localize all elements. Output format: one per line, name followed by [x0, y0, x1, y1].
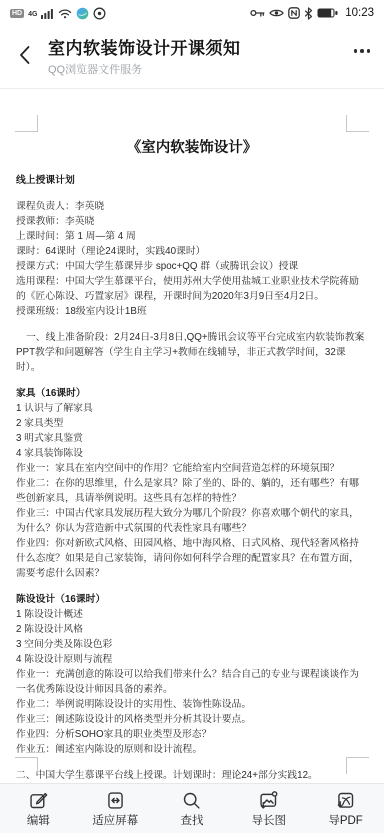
- toolbar-label: 适应屏幕: [92, 812, 138, 828]
- more-dots-icon: [354, 49, 358, 53]
- doc-line: 作业一：充满创意的陈设可以给我们带来什么？结合自己的专业与课程谈谈作为一名优秀陈…: [16, 667, 368, 697]
- doc-line: 作业五：阐述室内陈设的原则和设计流程。: [16, 742, 368, 757]
- export-pdf-button[interactable]: 导PDF: [307, 784, 384, 833]
- wifi-icon: [58, 8, 72, 19]
- doc-heading: 陈设设计（16课时）: [16, 592, 368, 607]
- page-margin-mark-top-left: [15, 115, 38, 132]
- hd-icon: HD: [10, 9, 24, 18]
- doc-line: 课时：64课时（理论24课时，实践40课时）: [16, 244, 368, 259]
- nfc-icon: [288, 7, 300, 19]
- doc-line: 3 明式家具鉴赏: [16, 431, 368, 446]
- screen-recorder-icon: [93, 7, 106, 20]
- signal-strength-icon: [41, 8, 54, 19]
- phone-screen: HD 4G: [0, 0, 384, 833]
- toolbar-label: 导长图: [252, 812, 287, 828]
- doc-line: 授课教师：李英晓: [16, 214, 368, 229]
- fit-screen-icon: [105, 790, 126, 811]
- back-button[interactable]: [14, 42, 36, 68]
- document-page[interactable]: 《室内软装饰设计》 线上授课计划 课程负责人：李英晓 授课教师：李英晓 上课时间…: [0, 89, 384, 783]
- doc-line: 作业二：在你的思维里，什么是家具？除了坐的、卧的、躺的，还有哪些？有哪些创新家具…: [16, 476, 368, 506]
- doc-heading: 家具（16课时）: [16, 386, 368, 401]
- doc-line: 一、线上准备阶段：2月24日-3月8日,QQ+腾讯会议等平台完成室内软装饰教案P…: [16, 330, 368, 375]
- eye-protection-icon: [269, 8, 284, 18]
- edit-icon: [28, 790, 49, 811]
- search-icon: [181, 790, 202, 811]
- document-title: 室内软装饰设计开课须知: [48, 34, 336, 59]
- doc-line: 作业四：分析SOHO家具的职业类型及形态？: [16, 727, 368, 742]
- toolbar-label: 编辑: [27, 812, 50, 828]
- doc-line: 作业三：中国古代家具发展历程大致分为哪几个阶段？你喜欢哪个朝代的家具，为什么？你…: [16, 506, 368, 536]
- page-margin-mark-bottom-right: [346, 757, 369, 774]
- link-turbo-sphere-icon: [76, 7, 89, 20]
- doc-heading: 线上授课计划: [16, 173, 368, 188]
- doc-line: 选用课程：中国大学生慕课平台，使用苏州大学使用盐城工业职业技术学院蒋励的《匠心陈…: [16, 274, 368, 304]
- app-header: 室内软装饰设计开课须知 QQ浏览器文件服务: [0, 26, 384, 89]
- more-menu-button[interactable]: [348, 43, 371, 67]
- toolbar-label: 查找: [180, 812, 203, 828]
- key-icon: [250, 8, 265, 18]
- doc-line: 作业一：家具在室内空间中的作用？它能给室内空间营造怎样的环境氛围？: [16, 461, 368, 476]
- back-chevron-icon: [15, 44, 35, 66]
- bluetooth-icon: [304, 7, 313, 20]
- header-title-block: 室内软装饰设计开课须知 QQ浏览器文件服务: [48, 34, 336, 77]
- toolbar-label: 导PDF: [328, 812, 363, 828]
- edit-button[interactable]: 编辑: [0, 784, 77, 833]
- file-service-subtitle: QQ浏览器文件服务: [48, 61, 336, 77]
- export-long-image-button[interactable]: 导长图: [230, 784, 307, 833]
- status-left-icons: HD 4G: [10, 7, 106, 20]
- doc-line: 作业三：阐述陈设设计的风格类型并分析其设计要点。: [16, 712, 368, 727]
- doc-line: 课程负责人：李英晓: [16, 199, 368, 214]
- doc-line: 1 陈设设计概述: [16, 607, 368, 622]
- status-right-icons: 10:23: [250, 7, 374, 20]
- battery-icon: [317, 8, 338, 18]
- doc-line: 4 家具装饰陈设: [16, 446, 368, 461]
- doc-line: 二、中国大学生慕课平台线上授课。计划课时：理论24+部分实践12。: [16, 768, 368, 783]
- network-4g-label: 4G: [28, 11, 37, 18]
- find-button[interactable]: 查找: [154, 784, 231, 833]
- doc-line: 作业二：举例说明陈设设计的实用性、装饰性陈设品。: [16, 697, 368, 712]
- export-pdf-icon: [335, 790, 356, 811]
- doc-line: 2 陈设设计风格: [16, 622, 368, 637]
- doc-line: 1 认识与了解家具: [16, 401, 368, 416]
- export-long-image-icon: [258, 790, 279, 811]
- bottom-toolbar: 编辑 适应屏幕 查找: [0, 783, 384, 833]
- clock-time: 10:23: [345, 7, 374, 19]
- fit-screen-button[interactable]: 适应屏幕: [77, 784, 154, 833]
- page-title: 《室内软装饰设计》: [16, 139, 368, 158]
- page-margin-mark-top-right: [346, 115, 369, 132]
- doc-line: 授课方式：中国大学生慕课异步 spoc+QQ 群（或腾讯会议）授课: [16, 259, 368, 274]
- doc-line: 2 家具类型: [16, 416, 368, 431]
- status-bar: HD 4G: [0, 0, 384, 26]
- doc-line: 3 空间分类及陈设色彩: [16, 637, 368, 652]
- page-margin-mark-bottom-left: [15, 757, 38, 774]
- doc-line: 授课班级：18级室内设计1B班: [16, 304, 368, 319]
- doc-line: 上课时间：第 1 周—第 4 周: [16, 229, 368, 244]
- doc-line: 4 陈设设计原则与流程: [16, 652, 368, 667]
- more-dots-icon: [367, 49, 371, 53]
- more-dots-icon: [360, 49, 364, 53]
- doc-line: 作业四：你对新欧式风格、田园风格、地中海风格、日式风格、现代轻奢风格持什么态度？…: [16, 536, 368, 581]
